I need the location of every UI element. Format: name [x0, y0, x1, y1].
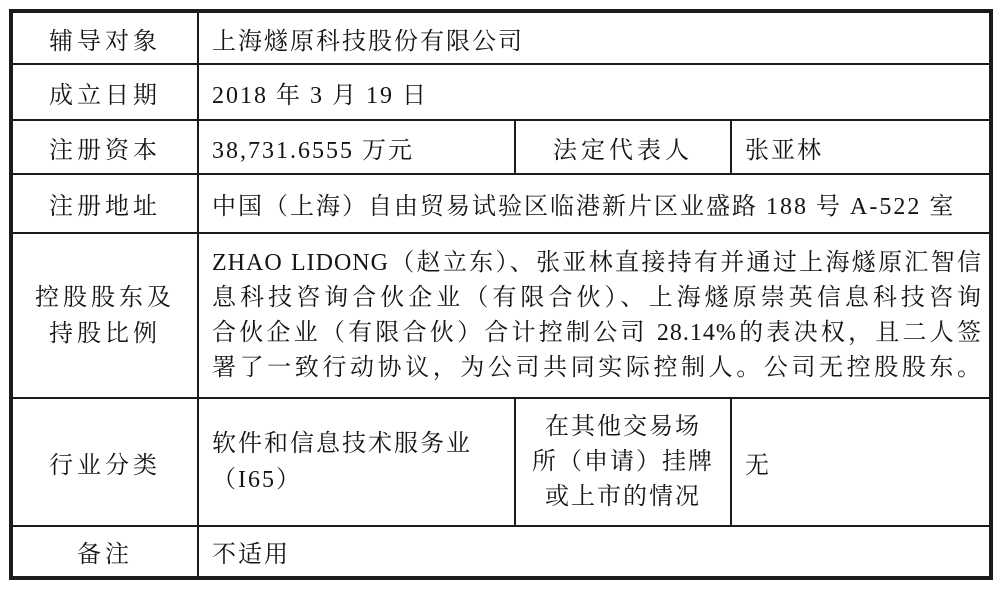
legal-representative-value: 张亚林 — [731, 120, 991, 174]
other-listing-label-line1: 在其他交易场 — [516, 410, 730, 445]
table-row-guidance-target: 辅导对象 上海燧原科技股份有限公司 — [11, 11, 991, 64]
controlling-shareholder-text-line1: ZHAO LIDONG（赵立东）、张亚林直接持有并通过上海燧原汇智信 — [212, 246, 982, 281]
controlling-shareholder-text-line4: 署了一致行动协议，为公司共同实际控制人。公司无控股股东。 — [212, 351, 982, 386]
controlling-shareholder-text-line2: 息科技咨询合伙企业（有限合伙）、上海燧原崇英信息科技咨询 — [212, 281, 982, 316]
guidance-target-label: 辅导对象 — [11, 11, 198, 64]
legal-representative-label: 法定代表人 — [515, 120, 731, 174]
registered-address-label: 注册地址 — [11, 174, 198, 233]
remark-value: 不适用 — [198, 526, 991, 578]
table-row-founding-date: 成立日期 2018 年 3 月 19 日 — [11, 64, 991, 120]
founding-date-value: 2018 年 3 月 19 日 — [198, 64, 991, 120]
document-page: 辅导对象 上海燧原科技股份有限公司 成立日期 2018 年 3 月 19 日 注… — [0, 0, 1000, 580]
industry-value-line1: 软件和信息技术服务业 — [212, 426, 506, 462]
registered-address-value: 中国（上海）自由贸易试验区临港新片区业盛路 188 号 A-522 室 — [198, 174, 991, 233]
industry-value: 软件和信息技术服务业 （I65） — [198, 398, 515, 526]
registered-capital-label: 注册资本 — [11, 120, 198, 174]
other-listing-label-line3: 或上市的情况 — [516, 480, 730, 515]
table-row-registered-capital: 注册资本 38,731.6555 万元 法定代表人 张亚林 — [11, 120, 991, 174]
remark-label: 备注 — [11, 526, 198, 578]
controlling-shareholder-label-line1: 控股股东及 — [13, 280, 197, 316]
other-listing-label: 在其他交易场 所（申请）挂牌 或上市的情况 — [515, 398, 731, 526]
controlling-shareholder-text-line3: 合伙企业（有限合伙）合计控制公司 28.14%的表决权，且二人签 — [212, 316, 982, 351]
table-row-industry: 行业分类 软件和信息技术服务业 （I65） 在其他交易场 所（申请）挂牌 或上市… — [11, 398, 991, 526]
registered-capital-value: 38,731.6555 万元 — [198, 120, 515, 174]
controlling-shareholder-label: 控股股东及 持股比例 — [11, 233, 198, 398]
other-listing-value: 无 — [731, 398, 991, 526]
table-row-registered-address: 注册地址 中国（上海）自由贸易试验区临港新片区业盛路 188 号 A-522 室 — [11, 174, 991, 233]
table-row-remark: 备注 不适用 — [11, 526, 991, 578]
controlling-shareholder-label-line2: 持股比例 — [13, 316, 197, 352]
industry-label: 行业分类 — [11, 398, 198, 526]
other-listing-label-line2: 所（申请）挂牌 — [516, 445, 730, 480]
industry-value-line2: （I65） — [212, 462, 506, 498]
controlling-shareholder-value: ZHAO LIDONG（赵立东）、张亚林直接持有并通过上海燧原汇智信 息科技咨询… — [198, 233, 991, 398]
company-info-table: 辅导对象 上海燧原科技股份有限公司 成立日期 2018 年 3 月 19 日 注… — [9, 9, 993, 580]
table-row-controlling-shareholder: 控股股东及 持股比例 ZHAO LIDONG（赵立东）、张亚林直接持有并通过上海… — [11, 233, 991, 398]
guidance-target-value: 上海燧原科技股份有限公司 — [198, 11, 991, 64]
founding-date-label: 成立日期 — [11, 64, 198, 120]
